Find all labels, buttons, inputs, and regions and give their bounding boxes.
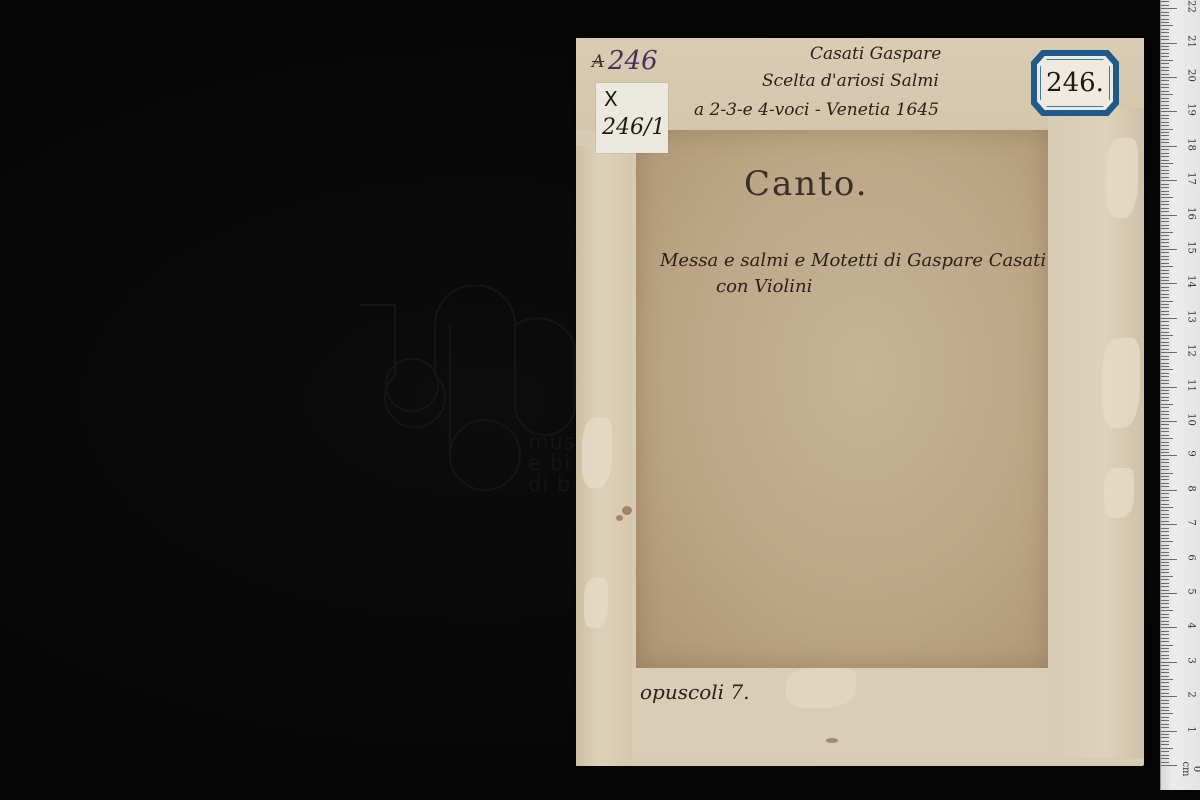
ruler-tick: [1161, 452, 1169, 453]
ruler-tick: [1161, 717, 1169, 718]
ruler-tick: [1161, 191, 1169, 192]
ruler-tick: [1161, 194, 1169, 195]
ruler-tick: [1161, 545, 1169, 546]
ruler-tick: [1161, 693, 1169, 694]
ruler-tick: [1161, 569, 1169, 570]
ruler-tick: [1161, 631, 1169, 632]
ruler-tick: [1161, 734, 1169, 735]
ruler-tick: [1161, 390, 1169, 391]
ruler-tick: [1161, 149, 1169, 150]
ruler-tick: [1161, 424, 1169, 425]
ruler-tick: [1161, 473, 1173, 474]
ruler-tick: [1161, 259, 1169, 260]
ruler-tick: [1161, 600, 1169, 601]
ruler-tick: [1161, 407, 1169, 408]
ruler-tick: [1161, 359, 1169, 360]
ruler-tick: [1161, 122, 1169, 123]
ruler-tick: [1161, 290, 1169, 291]
ruler-label: 7: [1186, 513, 1197, 533]
ruler-label: 10: [1186, 410, 1197, 430]
ruler-label: 22: [1186, 0, 1197, 17]
ruler-tick: [1161, 449, 1169, 450]
ruler-tick: [1161, 153, 1169, 154]
ruler-tick: [1161, 5, 1169, 6]
ruler-tick: [1161, 737, 1169, 738]
watermark-line-3: di b: [528, 474, 576, 495]
ruler-tick: [1161, 335, 1173, 336]
ruler-tick: [1161, 617, 1169, 618]
ruler-tick: [1161, 225, 1169, 226]
ruler-tick: [1161, 421, 1177, 422]
ruler-tick: [1161, 1, 1169, 2]
ruler-tick: [1161, 535, 1169, 536]
ruler-tick: [1161, 19, 1169, 20]
ruler-tick: [1161, 266, 1173, 267]
ruler-tick: [1161, 146, 1177, 147]
ruler-tick: [1161, 707, 1169, 708]
ruler-tick: [1161, 624, 1169, 625]
ruler-tick: [1161, 383, 1169, 384]
ruler-tick: [1161, 246, 1169, 247]
ruler-tick: [1161, 380, 1169, 381]
ruler-tick: [1161, 252, 1169, 253]
ruler-tick: [1161, 25, 1173, 26]
ruler-tick: [1161, 665, 1169, 666]
ruler-tick: [1161, 376, 1169, 377]
ruler-tick: [1161, 53, 1169, 54]
ruler-tick: [1161, 74, 1169, 75]
ruler-tick: [1161, 507, 1173, 508]
ruler-tick: [1161, 621, 1169, 622]
ruler-tick: [1161, 63, 1169, 64]
ruler-tick: [1161, 469, 1169, 470]
ruler-tick: [1161, 218, 1169, 219]
ruler-tick: [1161, 77, 1177, 78]
ruler-tick: [1161, 338, 1169, 339]
shelf-label-line-1: X: [604, 87, 618, 111]
ruler-tick: [1161, 221, 1169, 222]
ruler-tick: [1161, 373, 1169, 374]
ruler-tick: [1161, 497, 1169, 498]
ruler-tick: [1161, 118, 1169, 119]
ruler-label: 1: [1186, 719, 1197, 739]
ruler-tick: [1161, 49, 1169, 50]
ruler-tick: [1161, 67, 1169, 68]
ruler-tick: [1161, 393, 1169, 394]
ruler-tick: [1161, 211, 1169, 212]
ruler-tick: [1161, 517, 1169, 518]
measurement-ruler: 0 cm12345678910111213141516171819202122: [1160, 0, 1200, 790]
ruler-tick: [1161, 627, 1177, 628]
ruler-tick: [1161, 758, 1169, 759]
ruler-tick: [1161, 105, 1169, 106]
ruler-tick: [1161, 60, 1173, 61]
ruler-tick: [1161, 332, 1169, 333]
ruler-tick: [1161, 686, 1169, 687]
ruler-tick: [1161, 655, 1169, 656]
ruler-tick: [1161, 528, 1169, 529]
watermark-line-2: e bi: [528, 453, 576, 474]
ruler-tick: [1161, 201, 1169, 202]
ruler-tick: [1161, 418, 1169, 419]
ruler-tick: [1161, 22, 1169, 23]
ruler-tick: [1161, 163, 1173, 164]
pencil-shelf-number: 246: [608, 46, 658, 76]
ruler-label: 20: [1186, 66, 1197, 86]
ruler-tick: [1161, 263, 1169, 264]
ruler-tick: [1161, 170, 1169, 171]
ruler-tick: [1161, 91, 1169, 92]
ink-stain: [622, 506, 632, 515]
ruler-tick: [1161, 755, 1169, 756]
ruler-tick: [1161, 590, 1169, 591]
ruler-tick: [1161, 43, 1177, 44]
ruler-tick: [1161, 565, 1169, 566]
ink-stain: [826, 738, 838, 743]
ruler-tick: [1161, 129, 1173, 130]
ruler-tick: [1161, 700, 1169, 701]
ruler-tick: [1161, 483, 1169, 484]
header-inscription-line-3: a 2-3-e 4-voci - Venetia 1645: [694, 100, 939, 120]
ruler-tick: [1161, 479, 1169, 480]
ruler-tick: [1161, 273, 1169, 274]
ruler-tick: [1161, 180, 1177, 181]
ruler-tick: [1161, 521, 1169, 522]
ruler-tick: [1161, 39, 1169, 40]
ruler-tick: [1161, 435, 1169, 436]
ruler-tick: [1161, 445, 1169, 446]
ruler-tick: [1161, 428, 1169, 429]
torn-paper-fragment: [1104, 468, 1134, 518]
ruler-tick: [1161, 586, 1169, 587]
ruler-tick: [1161, 662, 1177, 663]
ruler-tick: [1161, 177, 1169, 178]
ruler-tick: [1161, 184, 1169, 185]
ruler-tick: [1161, 514, 1169, 515]
ruler-label: 12: [1186, 341, 1197, 361]
ruler-tick: [1161, 682, 1169, 683]
ruler-tick: [1161, 342, 1169, 343]
ruler-tick: [1161, 242, 1169, 243]
ruler-tick: [1161, 614, 1169, 615]
ruler-tick: [1161, 366, 1169, 367]
torn-paper-fragment: [584, 578, 608, 628]
ruler-tick: [1161, 572, 1169, 573]
ruler-tick: [1161, 314, 1169, 315]
ruler-tick: [1161, 455, 1177, 456]
ruler-tick: [1161, 538, 1169, 539]
ruler-tick: [1161, 741, 1169, 742]
ruler-tick: [1161, 8, 1177, 9]
ruler-tick: [1161, 731, 1177, 732]
ruler-tick: [1161, 438, 1173, 439]
ruler-tick: [1161, 404, 1173, 405]
torn-paper-fragment: [786, 668, 856, 708]
ruler-label: 5: [1186, 582, 1197, 602]
ruler-tick: [1161, 70, 1169, 71]
ruler-label: 9: [1186, 444, 1197, 464]
ruler-tick: [1161, 232, 1173, 233]
ruler-tick: [1161, 297, 1169, 298]
ruler-tick: [1161, 352, 1177, 353]
torn-paper-fragment: [1106, 138, 1138, 218]
ruler-tick: [1161, 12, 1169, 13]
ruler-tick: [1161, 442, 1169, 443]
ruler-tick: [1161, 215, 1177, 216]
ruler-tick: [1161, 166, 1169, 167]
ruler-tick: [1161, 32, 1169, 33]
ruler-tick: [1161, 277, 1169, 278]
ruler-tick: [1161, 744, 1169, 745]
inner-title-panel: [636, 130, 1048, 668]
ruler-tick: [1161, 80, 1169, 81]
ruler-tick: [1161, 36, 1169, 37]
ruler-tick: [1161, 476, 1169, 477]
ruler-tick: [1161, 108, 1169, 109]
ruler-tick: [1161, 727, 1169, 728]
ruler-tick: [1161, 638, 1169, 639]
ruler-tick: [1161, 541, 1173, 542]
panel-description-line-2: con Violini: [716, 276, 812, 297]
ruler-tick: [1161, 321, 1169, 322]
ruler-tick: [1161, 593, 1177, 594]
ruler-label: 15: [1186, 238, 1197, 258]
ruler-tick: [1161, 596, 1169, 597]
ruler-tick: [1161, 173, 1169, 174]
ruler-tick: [1161, 135, 1169, 136]
ruler-tick: [1161, 689, 1169, 690]
ruler-tick: [1161, 524, 1177, 525]
ruler-tick: [1161, 156, 1169, 157]
ruler-tick: [1161, 504, 1169, 505]
ruler-tick: [1161, 325, 1169, 326]
ruler-tick: [1161, 111, 1177, 112]
ruler-tick: [1161, 610, 1173, 611]
ruler-tick: [1161, 531, 1169, 532]
struck-pencil-mark: A: [592, 52, 604, 72]
ruler-tick: [1161, 552, 1169, 553]
ruler-tick: [1161, 411, 1169, 412]
ruler-label: 6: [1186, 547, 1197, 567]
ruler-tick: [1161, 187, 1169, 188]
ruler-tick: [1161, 466, 1169, 467]
ink-stain: [616, 515, 623, 521]
ruler-tick: [1161, 94, 1173, 95]
ruler-tick: [1161, 197, 1173, 198]
ruler-tick: [1161, 634, 1169, 635]
ruler-label: 16: [1186, 203, 1197, 223]
ruler-label: 19: [1186, 100, 1197, 120]
ruler-label: 18: [1186, 134, 1197, 154]
ruler-tick: [1161, 115, 1169, 116]
ruler-tick: [1161, 672, 1169, 673]
ruler-tick: [1161, 397, 1169, 398]
ruler-tick: [1161, 280, 1169, 281]
ruler-tick: [1161, 139, 1169, 140]
bottom-inscription: opuscoli 7.: [640, 680, 749, 704]
panel-description-line-1: Messa e salmi e Motetti di Gaspare Casat…: [660, 250, 1046, 271]
ruler-tick: [1161, 576, 1173, 577]
ruler-tick: [1161, 204, 1169, 205]
ruler-tick: [1161, 235, 1169, 236]
ruler-tick: [1161, 459, 1169, 460]
ruler-tick: [1161, 765, 1177, 766]
ruler-tick: [1161, 414, 1169, 415]
catalog-number-tag: 246.: [1031, 50, 1119, 116]
ruler-tick: [1161, 256, 1169, 257]
ruler-tick: [1161, 493, 1169, 494]
ruler-tick: [1161, 311, 1169, 312]
header-inscription-line-2: Scelta d'ariosi Salmi: [762, 71, 939, 91]
ruler-tick: [1161, 607, 1169, 608]
ruler-tick: [1161, 720, 1169, 721]
ruler-tick: [1161, 676, 1169, 677]
ruler-tick: [1161, 208, 1169, 209]
ruler-tick: [1161, 645, 1173, 646]
ruler-tick: [1161, 431, 1169, 432]
ruler-tick: [1161, 132, 1169, 133]
ruler-tick: [1161, 748, 1173, 749]
ruler-label: 11: [1186, 375, 1197, 395]
ruler-tick: [1161, 762, 1169, 763]
ruler-tick: [1161, 583, 1169, 584]
ruler-tick: [1161, 500, 1169, 501]
voice-part-title: Canto.: [744, 164, 869, 204]
ruler-label: 4: [1186, 616, 1197, 636]
ruler-tick: [1161, 356, 1169, 357]
ruler-tick: [1161, 696, 1177, 697]
ruler-tick: [1161, 713, 1173, 714]
ruler-tick: [1161, 363, 1169, 364]
ruler-tick: [1161, 249, 1177, 250]
ruler-tick: [1161, 345, 1169, 346]
ruler-tick: [1161, 679, 1173, 680]
ruler-label: 2: [1186, 685, 1197, 705]
catalog-number: 246.: [1037, 68, 1113, 98]
ruler-tick: [1161, 29, 1169, 30]
ruler-tick: [1161, 658, 1169, 659]
ruler-label: 21: [1186, 31, 1197, 51]
ruler-tick: [1161, 283, 1177, 284]
ruler-label: 17: [1186, 169, 1197, 189]
ruler-tick: [1161, 270, 1169, 271]
ruler-tick: [1161, 287, 1169, 288]
ruler-tick: [1161, 724, 1169, 725]
ruler-tick: [1161, 349, 1169, 350]
ruler-tick: [1161, 603, 1169, 604]
ruler-tick: [1161, 142, 1169, 143]
ruler-tick: [1161, 555, 1169, 556]
ruler-tick: [1161, 490, 1177, 491]
ruler-label: 3: [1186, 650, 1197, 670]
ruler-tick: [1161, 369, 1173, 370]
ruler-tick: [1161, 301, 1173, 302]
ruler-tick: [1161, 304, 1169, 305]
catalog-tag-inner: 246.: [1037, 56, 1113, 110]
shelf-label: X 246/1: [596, 83, 668, 153]
torn-paper-fragment: [1102, 338, 1140, 428]
ruler-label: 13: [1186, 306, 1197, 326]
ruler-tick: [1161, 710, 1169, 711]
ruler-tick: [1161, 579, 1169, 580]
ruler-tick: [1161, 648, 1169, 649]
ruler-label: 8: [1186, 478, 1197, 498]
ruler-tick: [1161, 46, 1169, 47]
ruler-tick: [1161, 510, 1169, 511]
ruler-tick: [1161, 307, 1169, 308]
ruler-tick: [1161, 462, 1169, 463]
ruler-tick: [1161, 87, 1169, 88]
ruler-tick: [1161, 239, 1169, 240]
header-inscription-line-1: Casati Gaspare: [810, 44, 941, 64]
ruler-tick: [1161, 101, 1169, 102]
torn-paper-fragment: [582, 418, 612, 488]
ruler-tick: [1161, 294, 1169, 295]
ruler-tick: [1161, 641, 1169, 642]
ruler-tick: [1161, 548, 1169, 549]
ruler-label: 14: [1186, 272, 1197, 292]
manuscript-cover: A 246 X 246/1 Casati Gaspare Scelta d'ar…: [576, 38, 1144, 766]
watermark-line-1: mus: [528, 432, 576, 453]
ruler-tick: [1161, 486, 1169, 487]
ruler-tick: [1161, 125, 1169, 126]
ruler-tick: [1161, 703, 1169, 704]
ruler-tick: [1161, 228, 1169, 229]
ruler-tick: [1161, 15, 1169, 16]
ruler-label: 0 cm: [1180, 759, 1200, 779]
ruler-tick: [1161, 328, 1169, 329]
shelf-label-line-2: 246/1: [602, 115, 665, 140]
ruler-tick: [1161, 400, 1169, 401]
ruler-tick: [1161, 160, 1169, 161]
ruler-tick: [1161, 562, 1169, 563]
ruler-tick: [1161, 98, 1169, 99]
watermark-text: mus e bi di b: [528, 432, 576, 495]
ruler-tick: [1161, 84, 1169, 85]
ruler-tick: [1161, 387, 1177, 388]
ruler-tick: [1161, 318, 1177, 319]
ruler-tick: [1161, 669, 1169, 670]
ruler-tick: [1161, 559, 1177, 560]
ruler-tick: [1161, 56, 1169, 57]
ruler-tick: [1161, 651, 1169, 652]
ruler-tick: [1161, 751, 1169, 752]
